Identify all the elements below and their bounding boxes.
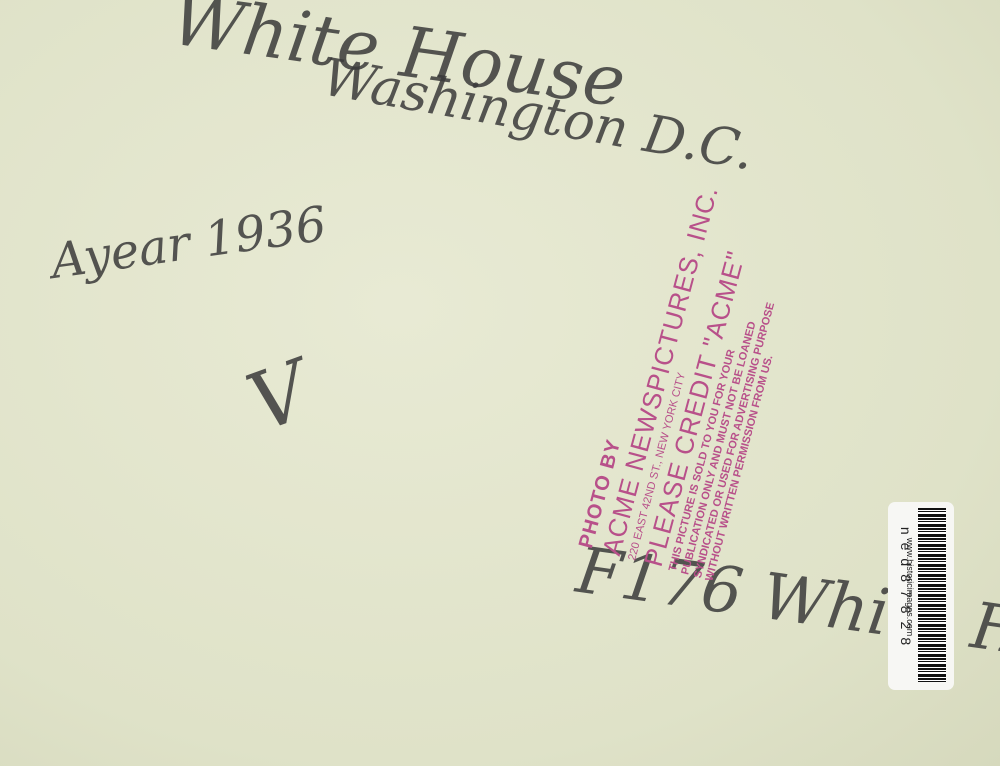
barcode-website: www.historicimages.com bbox=[905, 497, 915, 677]
barcode-label: ned87828 www.historicimages.com bbox=[888, 502, 954, 690]
barcode bbox=[918, 508, 946, 682]
